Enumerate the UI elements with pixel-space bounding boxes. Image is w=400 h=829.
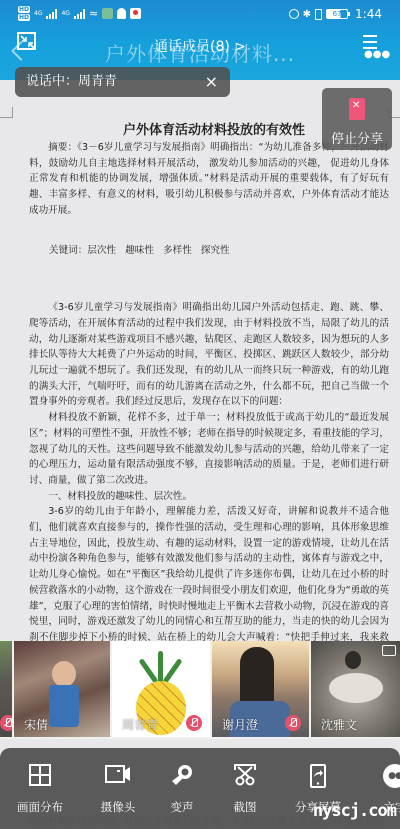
hd-icon: HD — [18, 14, 30, 21]
screenshot-icon — [234, 764, 256, 786]
document-paragraph: 材料投放不新颖，花样不多，过于单一；材料投放低于或高于幼儿的“最近发展区”；材料… — [29, 410, 389, 489]
alarm-icon — [289, 9, 299, 19]
battery-icon: 67 — [326, 9, 348, 19]
participant-tile[interactable]: 宋倩 — [14, 641, 110, 737]
pineapple-avatar — [136, 651, 186, 685]
status-bar: HD HD 4G 4G ≈ ✱ 67 1:44 — [0, 0, 400, 30]
menu-more-icon[interactable]: ●●● — [360, 33, 386, 55]
shrink-arrows-icon — [20, 35, 35, 49]
participant-tile[interactable]: 沈雅文 — [311, 641, 400, 737]
toolbar-label: 截图 — [205, 799, 285, 815]
signal-icon — [74, 9, 85, 19]
app-notification-icon — [102, 8, 113, 19]
qq-icon — [117, 8, 126, 19]
status-right: ✱ 67 1:44 — [289, 7, 382, 21]
status-left: HD HD 4G 4G ≈ — [18, 6, 141, 21]
camera-icon — [105, 764, 131, 784]
speaking-indicator: 说话中：周青青 × — [15, 67, 230, 97]
participant-name: 谢月澄 — [222, 716, 258, 733]
participant-name: 沈雅文 — [321, 716, 357, 733]
bluetooth-icon: ✱ — [303, 9, 311, 20]
participant-video — [329, 673, 383, 703]
document-keywords: 关键词：层次性 趣味性 多样性 探究性 — [29, 243, 389, 259]
watermark: nyscj.com — [313, 801, 396, 821]
document-paragraph: 《3-6岁儿童学习与发展指南》明确指出幼儿园户外活动包括走、跑、跳、攀、爬等活动… — [29, 300, 389, 410]
participant-name: 宋倩 — [24, 716, 48, 733]
share-screen-icon — [310, 764, 326, 788]
network-type-label: 4G — [61, 10, 69, 17]
document-content: 户外体育活动材料投放的有效性 摘要：《3－6岁儿童学习与发展指南》明确指出：“为… — [29, 122, 389, 693]
network-type-label: 4G — [34, 10, 42, 17]
speaking-label: 说话中：周青青 — [26, 74, 117, 89]
participant-tile[interactable]: 周青青 — [112, 641, 210, 737]
stop-share-label: 停止分享 — [322, 128, 392, 147]
mic-off-icon — [285, 715, 301, 731]
stop-share-phone-icon: ✕ — [349, 98, 365, 120]
participant-video — [49, 685, 79, 727]
signal-icon — [46, 9, 57, 19]
stop-share-button[interactable]: ✕ 停止分享 — [322, 88, 392, 150]
mic-off-icon — [0, 715, 12, 731]
map-notification-icon — [130, 8, 141, 19]
close-icon[interactable]: × — [205, 67, 218, 97]
wifi-icon: ≈ — [89, 7, 98, 20]
hd-icon: HD — [18, 6, 30, 13]
call-members-button[interactable]: 通话成员(8) > — [0, 36, 400, 56]
participant-tile[interactable]: 谢月澄 — [212, 641, 309, 737]
participant-tile[interactable] — [0, 641, 12, 737]
minimize-window-icon[interactable] — [17, 32, 36, 50]
vibrate-icon — [315, 9, 322, 20]
more-icon: ●● — [383, 764, 400, 788]
screen: 户外体育活动材料投放的有效性 摘要：《3－6岁儿童学习与发展指南》明确指出：“为… — [0, 0, 400, 829]
toolbar-label: 画面分布 — [0, 799, 80, 815]
document-abstract: 摘要：《3－6岁儿童学习与发展指南》明确指出：“为幼儿准备多种，户外活动材料，鼓… — [29, 140, 389, 219]
clock: 1:44 — [355, 7, 382, 21]
voice-change-icon — [171, 764, 193, 786]
participant-video — [52, 661, 76, 687]
participants-strip[interactable]: 宋倩 周青青 谢月澄 沈雅文 — [0, 641, 400, 739]
camera-switch-icon[interactable] — [382, 645, 396, 656]
participant-name: 周青青 — [122, 716, 158, 733]
grid-icon — [29, 764, 51, 786]
participant-video — [345, 651, 361, 669]
document-section-heading: 一、材料投放的趣味性、层次性。 — [29, 489, 389, 505]
page-corner-mark — [0, 107, 13, 118]
mic-off-icon — [186, 715, 202, 731]
